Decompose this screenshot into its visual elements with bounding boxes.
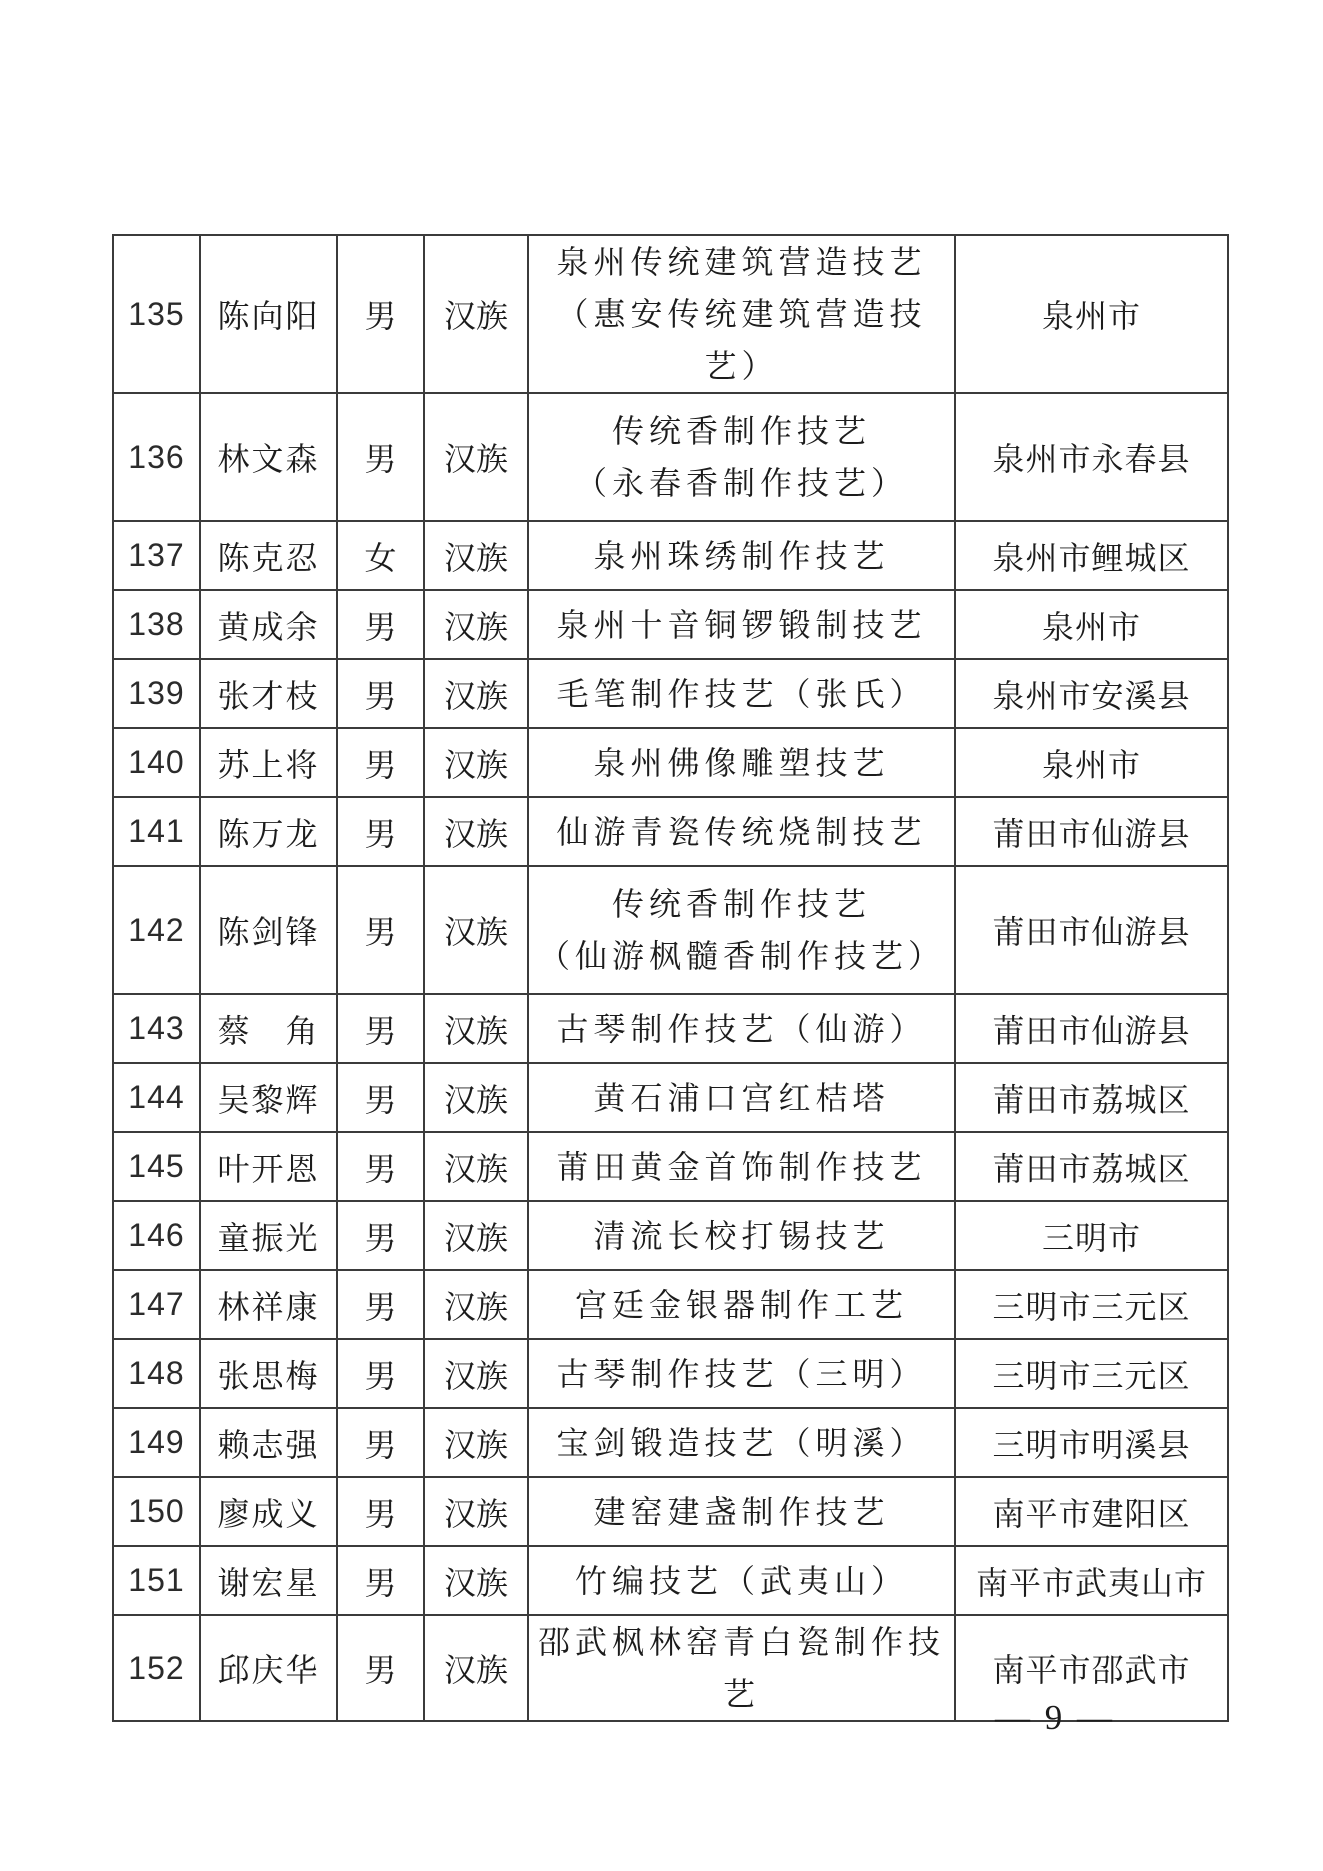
cell-craft: 古琴制作技艺（仙游）: [528, 994, 955, 1063]
cell-ethnicity: 汉族: [424, 1132, 528, 1201]
cell-ethnicity: 汉族: [424, 1063, 528, 1132]
cell-gender: 男: [337, 659, 424, 728]
cell-craft: 毛笔制作技艺（张氏）: [528, 659, 955, 728]
cell-name: 林文森: [200, 393, 337, 521]
cell-ethnicity: 汉族: [424, 1408, 528, 1477]
cell-gender: 男: [337, 590, 424, 659]
roster-table: 135陈向阳男汉族泉州传统建筑营造技艺（惠安传统建筑营造技艺）泉州市136林文森…: [112, 234, 1229, 1722]
craft-line: 建窑建盏制作技艺: [529, 1486, 954, 1538]
table-row: 139张才枝男汉族毛笔制作技艺（张氏）泉州市安溪县: [113, 659, 1228, 728]
cell-name: 邱庆华: [200, 1615, 337, 1721]
document-page: 135陈向阳男汉族泉州传统建筑营造技艺（惠安传统建筑营造技艺）泉州市136林文森…: [0, 0, 1323, 1871]
craft-line: 古琴制作技艺（仙游）: [529, 1003, 954, 1055]
cell-gender: 男: [337, 393, 424, 521]
cell-number: 139: [113, 659, 200, 728]
cell-ethnicity: 汉族: [424, 994, 528, 1063]
cell-name: 黄成余: [200, 590, 337, 659]
cell-location: 莆田市仙游县: [955, 866, 1228, 994]
cell-craft: 仙游青瓷传统烧制技艺: [528, 797, 955, 866]
roster-table-body: 135陈向阳男汉族泉州传统建筑营造技艺（惠安传统建筑营造技艺）泉州市136林文森…: [113, 235, 1228, 1721]
cell-name: 叶开恩: [200, 1132, 337, 1201]
craft-line: （惠安传统建筑营造技艺）: [529, 288, 954, 392]
cell-ethnicity: 汉族: [424, 728, 528, 797]
cell-location: 南平市建阳区: [955, 1477, 1228, 1546]
cell-number: 146: [113, 1201, 200, 1270]
craft-line: 泉州珠绣制作技艺: [529, 530, 954, 582]
cell-name: 陈剑锋: [200, 866, 337, 994]
cell-number: 144: [113, 1063, 200, 1132]
table-row: 143蔡 角男汉族古琴制作技艺（仙游）莆田市仙游县: [113, 994, 1228, 1063]
table-row: 147林祥康男汉族宫廷金银器制作工艺三明市三元区: [113, 1270, 1228, 1339]
cell-gender: 男: [337, 866, 424, 994]
cell-gender: 男: [337, 1546, 424, 1615]
cell-number: 141: [113, 797, 200, 866]
cell-gender: 男: [337, 1339, 424, 1408]
cell-name: 童振光: [200, 1201, 337, 1270]
cell-number: 145: [113, 1132, 200, 1201]
craft-line: （仙游枫髓香制作技艺）: [529, 930, 954, 982]
table-row: 151谢宏星男汉族竹编技艺（武夷山）南平市武夷山市: [113, 1546, 1228, 1615]
cell-craft: 泉州十音铜锣锻制技艺: [528, 590, 955, 659]
cell-ethnicity: 汉族: [424, 393, 528, 521]
cell-location: 泉州市: [955, 590, 1228, 659]
cell-number: 152: [113, 1615, 200, 1721]
craft-line: （永春香制作技艺）: [529, 457, 954, 509]
cell-location: 南平市武夷山市: [955, 1546, 1228, 1615]
cell-location: 三明市三元区: [955, 1270, 1228, 1339]
cell-gender: 男: [337, 1132, 424, 1201]
cell-gender: 男: [337, 1477, 424, 1546]
cell-name: 苏上将: [200, 728, 337, 797]
cell-name: 吴黎辉: [200, 1063, 337, 1132]
cell-craft: 泉州传统建筑营造技艺（惠安传统建筑营造技艺）: [528, 235, 955, 393]
cell-gender: 男: [337, 1615, 424, 1721]
cell-number: 148: [113, 1339, 200, 1408]
cell-location: 泉州市鲤城区: [955, 521, 1228, 590]
cell-ethnicity: 汉族: [424, 866, 528, 994]
cell-location: 泉州市: [955, 728, 1228, 797]
cell-number: 149: [113, 1408, 200, 1477]
cell-gender: 男: [337, 1408, 424, 1477]
cell-ethnicity: 汉族: [424, 590, 528, 659]
table-row: 140苏上将男汉族泉州佛像雕塑技艺泉州市: [113, 728, 1228, 797]
cell-number: 147: [113, 1270, 200, 1339]
cell-name: 陈万龙: [200, 797, 337, 866]
cell-craft: 建窑建盏制作技艺: [528, 1477, 955, 1546]
table-row: 145叶开恩男汉族莆田黄金首饰制作技艺莆田市荔城区: [113, 1132, 1228, 1201]
cell-location: 莆田市荔城区: [955, 1063, 1228, 1132]
cell-gender: 男: [337, 797, 424, 866]
cell-ethnicity: 汉族: [424, 1477, 528, 1546]
cell-location: 莆田市仙游县: [955, 994, 1228, 1063]
craft-line: 宝剑锻造技艺（明溪）: [529, 1417, 954, 1469]
table-row: 148张思梅男汉族古琴制作技艺（三明）三明市三元区: [113, 1339, 1228, 1408]
cell-gender: 男: [337, 235, 424, 393]
cell-gender: 男: [337, 1063, 424, 1132]
cell-craft: 宫廷金银器制作工艺: [528, 1270, 955, 1339]
cell-number: 137: [113, 521, 200, 590]
cell-number: 135: [113, 235, 200, 393]
table-row: 142陈剑锋男汉族传统香制作技艺（仙游枫髓香制作技艺）莆田市仙游县: [113, 866, 1228, 994]
table-row: 146童振光男汉族清流长校打锡技艺三明市: [113, 1201, 1228, 1270]
craft-line: 泉州传统建筑营造技艺: [529, 236, 954, 288]
table-row: 149赖志强男汉族宝剑锻造技艺（明溪）三明市明溪县: [113, 1408, 1228, 1477]
cell-gender: 男: [337, 994, 424, 1063]
cell-number: 140: [113, 728, 200, 797]
cell-location: 泉州市永春县: [955, 393, 1228, 521]
cell-ethnicity: 汉族: [424, 521, 528, 590]
cell-location: 三明市三元区: [955, 1339, 1228, 1408]
cell-ethnicity: 汉族: [424, 1339, 528, 1408]
craft-line: 莆田黄金首饰制作技艺: [529, 1141, 954, 1193]
cell-craft: 清流长校打锡技艺: [528, 1201, 955, 1270]
page-number: — 9 —: [970, 1698, 1140, 1738]
craft-line: 宫廷金银器制作工艺: [529, 1279, 954, 1331]
table-row: 138黄成余男汉族泉州十音铜锣锻制技艺泉州市: [113, 590, 1228, 659]
cell-name: 赖志强: [200, 1408, 337, 1477]
cell-ethnicity: 汉族: [424, 1270, 528, 1339]
cell-ethnicity: 汉族: [424, 1546, 528, 1615]
craft-line: 古琴制作技艺（三明）: [529, 1348, 954, 1400]
cell-location: 三明市明溪县: [955, 1408, 1228, 1477]
table-row: 136林文森男汉族传统香制作技艺（永春香制作技艺）泉州市永春县: [113, 393, 1228, 521]
cell-number: 136: [113, 393, 200, 521]
craft-line: 传统香制作技艺: [529, 405, 954, 457]
cell-craft: 泉州珠绣制作技艺: [528, 521, 955, 590]
cell-location: 三明市: [955, 1201, 1228, 1270]
cell-ethnicity: 汉族: [424, 235, 528, 393]
craft-line: 邵武枫林窑青白瓷制作技艺: [529, 1616, 954, 1720]
cell-craft: 竹编技艺（武夷山）: [528, 1546, 955, 1615]
cell-number: 150: [113, 1477, 200, 1546]
cell-number: 138: [113, 590, 200, 659]
cell-craft: 宝剑锻造技艺（明溪）: [528, 1408, 955, 1477]
craft-line: 毛笔制作技艺（张氏）: [529, 668, 954, 720]
cell-name: 陈向阳: [200, 235, 337, 393]
cell-craft: 泉州佛像雕塑技艺: [528, 728, 955, 797]
craft-line: 泉州佛像雕塑技艺: [529, 737, 954, 789]
cell-ethnicity: 汉族: [424, 1615, 528, 1721]
cell-number: 143: [113, 994, 200, 1063]
craft-line: 仙游青瓷传统烧制技艺: [529, 806, 954, 858]
cell-name: 林祥康: [200, 1270, 337, 1339]
cell-name: 陈克忍: [200, 521, 337, 590]
cell-ethnicity: 汉族: [424, 1201, 528, 1270]
table-row: 135陈向阳男汉族泉州传统建筑营造技艺（惠安传统建筑营造技艺）泉州市: [113, 235, 1228, 393]
table-row: 150廖成义男汉族建窑建盏制作技艺南平市建阳区: [113, 1477, 1228, 1546]
craft-line: 竹编技艺（武夷山）: [529, 1555, 954, 1607]
craft-line: 泉州十音铜锣锻制技艺: [529, 599, 954, 651]
cell-craft: 莆田黄金首饰制作技艺: [528, 1132, 955, 1201]
cell-location: 莆田市荔城区: [955, 1132, 1228, 1201]
cell-number: 142: [113, 866, 200, 994]
table-row: 141陈万龙男汉族仙游青瓷传统烧制技艺莆田市仙游县: [113, 797, 1228, 866]
cell-name: 蔡 角: [200, 994, 337, 1063]
cell-number: 151: [113, 1546, 200, 1615]
cell-gender: 男: [337, 728, 424, 797]
cell-craft: 传统香制作技艺（永春香制作技艺）: [528, 393, 955, 521]
cell-location: 泉州市安溪县: [955, 659, 1228, 728]
cell-craft: 传统香制作技艺（仙游枫髓香制作技艺）: [528, 866, 955, 994]
cell-name: 廖成义: [200, 1477, 337, 1546]
craft-line: 黄石浦口宫红桔塔: [529, 1072, 954, 1124]
cell-ethnicity: 汉族: [424, 659, 528, 728]
cell-name: 谢宏星: [200, 1546, 337, 1615]
cell-craft: 黄石浦口宫红桔塔: [528, 1063, 955, 1132]
cell-gender: 男: [337, 1201, 424, 1270]
cell-location: 泉州市: [955, 235, 1228, 393]
craft-line: 清流长校打锡技艺: [529, 1210, 954, 1262]
cell-location: 莆田市仙游县: [955, 797, 1228, 866]
table-row: 137陈克忍女汉族泉州珠绣制作技艺泉州市鲤城区: [113, 521, 1228, 590]
cell-name: 张才枝: [200, 659, 337, 728]
cell-name: 张思梅: [200, 1339, 337, 1408]
cell-ethnicity: 汉族: [424, 797, 528, 866]
table-row: 144吴黎辉男汉族黄石浦口宫红桔塔莆田市荔城区: [113, 1063, 1228, 1132]
cell-gender: 男: [337, 1270, 424, 1339]
cell-craft: 古琴制作技艺（三明）: [528, 1339, 955, 1408]
craft-line: 传统香制作技艺: [529, 878, 954, 930]
cell-gender: 女: [337, 521, 424, 590]
cell-craft: 邵武枫林窑青白瓷制作技艺: [528, 1615, 955, 1721]
